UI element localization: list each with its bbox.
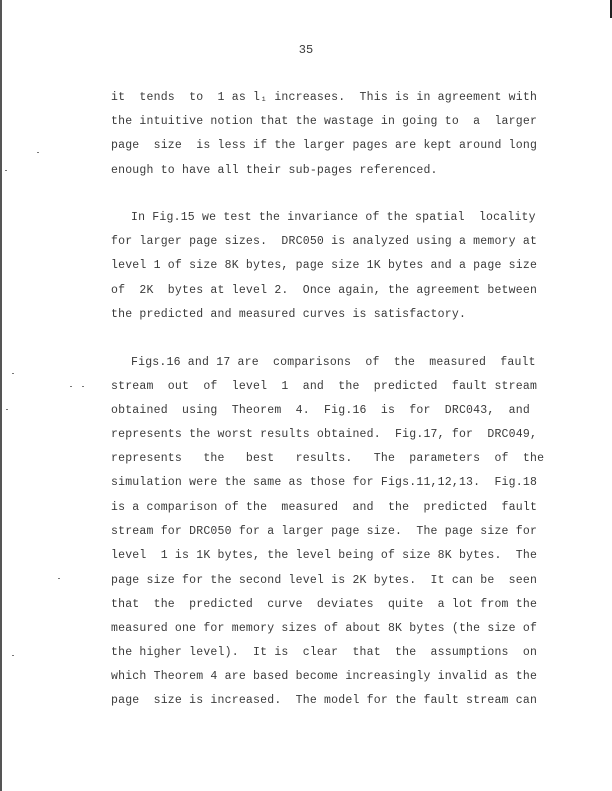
text-line: that the predicted curve deviates quite …	[111, 598, 451, 611]
text-line: of 2K bytes at level 2. Once again, the …	[111, 284, 451, 297]
scan-speck	[12, 373, 14, 374]
text-line: obtained using Theorem 4. Fig.16 is for …	[111, 404, 451, 417]
text-line: the predicted and measured curves is sat…	[111, 308, 451, 321]
scan-speck	[5, 170, 7, 171]
text-line: level 1 of size 8K bytes, page size 1K b…	[111, 259, 451, 272]
scan-speck	[12, 655, 14, 656]
text-line: page size is less if the larger pages ar…	[111, 139, 451, 152]
text-line: level 1 is 1K bytes, the level being of …	[111, 549, 451, 562]
text-line: Figs.16 and 17 are comparisons of the me…	[131, 356, 451, 369]
text-line: stream out of level 1 and the predicted …	[111, 380, 451, 393]
text-line: for larger page sizes. DRC050 is analyze…	[111, 235, 451, 248]
scan-speck	[82, 386, 84, 387]
text-line: enough to have all their sub-pages refer…	[111, 164, 451, 177]
text-line: measured one for memory sizes of about 8…	[111, 622, 451, 635]
text-line: simulation were the same as those for Fi…	[111, 476, 451, 489]
scan-speck	[37, 152, 39, 153]
text-line: page size is increased. The model for th…	[111, 694, 451, 707]
text-line: the intuitive notion that the wastage in…	[111, 115, 451, 128]
text-line: stream for DRC050 for a larger page size…	[111, 525, 451, 538]
text-line: which Theorem 4 are based become increas…	[111, 670, 451, 683]
text-line: it tends to 1 as l₁ increases. This is i…	[111, 91, 451, 104]
scan-left-edge	[0, 0, 2, 791]
scan-speck	[70, 386, 72, 387]
text-line: is a comparison of the measured and the …	[111, 501, 451, 514]
text-line: represents the best results. The paramet…	[111, 452, 451, 465]
text-line: the higher level). It is clear that the …	[111, 646, 451, 659]
page-number: 35	[0, 43, 612, 57]
text-line: represents the worst results obtained. F…	[111, 428, 451, 441]
scan-speck	[58, 578, 60, 579]
text-line: In Fig.15 we test the invariance of the …	[131, 211, 451, 224]
text-line: page size for the second level is 2K byt…	[111, 574, 451, 587]
scan-speck	[6, 409, 8, 410]
